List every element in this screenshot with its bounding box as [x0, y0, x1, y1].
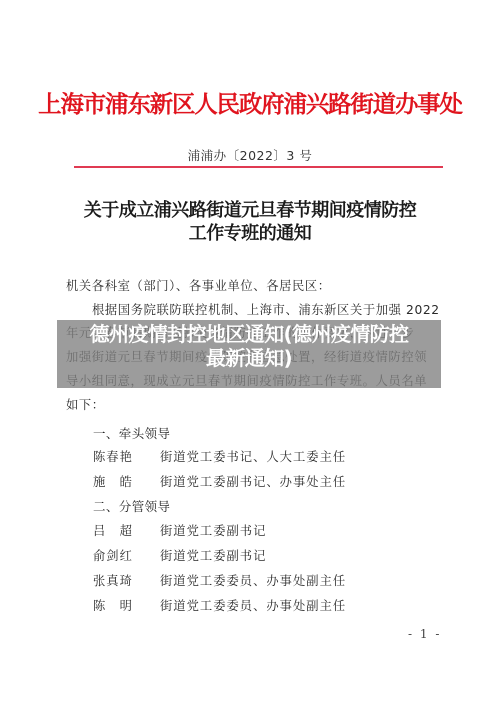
member-name: 陈春艳: [93, 447, 160, 465]
member-row: 吕 超街道党工委副书记: [93, 521, 266, 539]
document-title-line-2: 工作专班的通知: [0, 219, 500, 245]
member-role: 街道党工委副书记: [160, 521, 266, 539]
member-row: 施 皓街道党工委副书记、办事处主任: [93, 472, 346, 490]
member-name: 张真琦: [93, 571, 160, 589]
body-line: 根据国务院联防联控机制、上海市、浦东新区关于加强 2022: [92, 300, 440, 318]
section-heading-lead: 一、牵头领导: [93, 424, 170, 442]
headline-line-2: 最新通知): [57, 346, 441, 370]
member-role: 街道党工委委员、办事处副主任: [160, 571, 346, 589]
red-divider-rule: [74, 166, 443, 168]
recipients-line: 机关各科室（部门）、各事业单位、各居民区：: [66, 276, 331, 294]
member-row: 陈春艳街道党工委书记、人大工委主任: [93, 447, 346, 465]
member-row: 张真琦街道党工委委员、办事处副主任: [93, 571, 346, 589]
body-line: 如下：: [66, 395, 105, 413]
member-row: 陈 明街道党工委委员、办事处副主任: [93, 596, 346, 614]
member-row: 俞剑红街道党工委副书记: [93, 546, 266, 564]
headline-line-1: 德州疫情封控地区通知(德州疫情防控: [57, 322, 441, 346]
member-role: 街道党工委副书记: [160, 546, 266, 564]
issuer-header: 上海市浦东新区人民政府浦兴路街道办事处: [0, 85, 500, 119]
member-name: 俞剑红: [93, 546, 160, 564]
section-heading-deputy: 二、分管领导: [93, 497, 170, 515]
member-role: 街道党工委副书记、办事处主任: [160, 472, 346, 490]
page-number: - 1 -: [408, 627, 441, 641]
headline-overlay-text: 德州疫情封控地区通知(德州疫情防控 最新通知): [57, 322, 441, 370]
member-name: 吕 超: [93, 521, 160, 539]
member-role: 街道党工委书记、人大工委主任: [160, 447, 346, 465]
document-number: 浦浦办〔2022〕3 号: [0, 146, 500, 164]
document-page: 上海市浦东新区人民政府浦兴路街道办事处 浦浦办〔2022〕3 号 关于成立浦兴路…: [0, 0, 500, 707]
member-name: 施 皓: [93, 472, 160, 490]
member-role: 街道党工委委员、办事处副主任: [160, 596, 346, 614]
member-name: 陈 明: [93, 596, 160, 614]
